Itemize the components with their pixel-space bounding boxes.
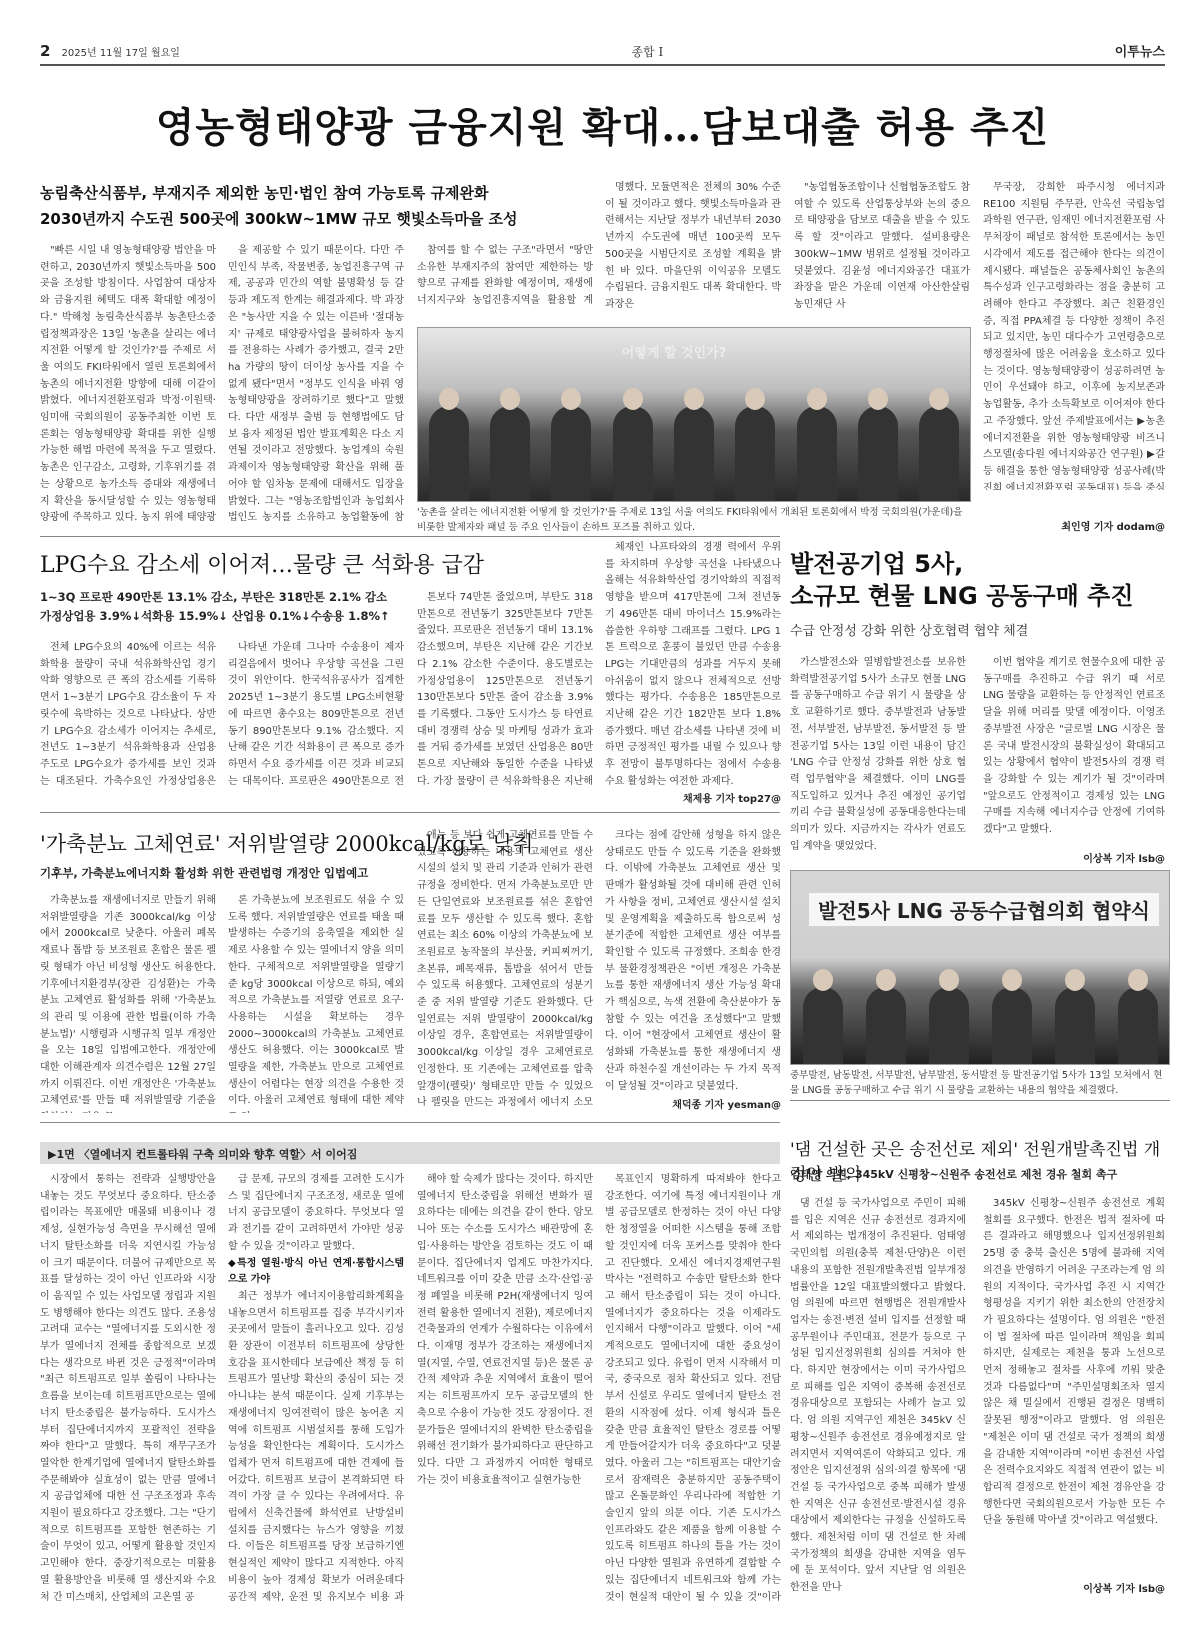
photo-backdrop-text: 어떻게 할 것인가? [578, 340, 770, 363]
article2-title: LPG수요 감소세 이어져…물량 큰 석화용 급감 [40, 548, 600, 579]
article5-column-3: 해야 할 숙제가 많다는 것이다. 하지만 열에너지 탄소중립을 위해선 변화가… [417, 1172, 593, 1602]
article1-column-3: 참여를 할 수 없는 구조"라면서 "땅만 소유한 부재지주의 참여만 제한하는… [417, 243, 593, 311]
article4-column-1: 가축분뇨를 재생에너지로 만들기 위해 저위발열량을 기존 3000kcal/k… [40, 893, 216, 1113]
section-name: 종합 I [631, 43, 663, 60]
article1-column-6: 무국장, 강희한 파주시청 에너지과 RE100 지원팀 주무관, 안옥선 국립… [983, 180, 1165, 490]
divider [40, 536, 780, 537]
article2-column-2: 나타낸 가운데 그나마 수송용이 제자리걸음에서 벗어나 우상향 곡선을 그린 … [228, 640, 404, 790]
divider [40, 812, 780, 813]
article1-column-2: 을 제공할 수 있기 때문이다. 다만 주민인식 부족, 작물변종, 농업진흥구… [228, 243, 404, 521]
page-header: 2 2025년 11월 17일 월요일 종합 I 이투뉴스 [40, 42, 1165, 66]
article6-byline: 이상복 기자 lsb@ [983, 1580, 1165, 1595]
divider [40, 1122, 780, 1123]
page-info: 2 2025년 11월 17일 월요일 [40, 41, 180, 60]
continued-from-front-banner: ▶1면 〈열에너지 컨트롤타워 구축 의미와 향후 역할〉서 이어짐 [40, 1142, 780, 1164]
article2-column-4: 체재인 나프타와의 경쟁 력에서 우위를 차지하며 우상향 곡선을 나타냈으나 … [605, 540, 781, 790]
article6-column-1: 댐 건설 등 국가사업으로 주민이 피해를 입은 지역은 신규 송전선로 경과지… [790, 1196, 966, 1596]
article1-column-4: 명했다. 모듈면적은 전체의 30% 수준이 될 것이라고 했다. 햇빛소득마을… [605, 180, 781, 310]
photo-people [791, 987, 1169, 1064]
article5-column-2: 급 문제, 규모의 경제를 고려한 도시가스 및 집단에너지 구조조정, 새로운… [228, 1172, 404, 1602]
issue-date: 2025년 11월 17일 월요일 [62, 48, 180, 59]
article3-title: 발전공기업 5사, 소규모 현물 LNG 공동구매 추진 [790, 548, 1170, 612]
article3-column-1: 가스발전소와 열병합발전소를 보유한 화력발전공기업 5사가 소규모 현물 LN… [790, 655, 966, 850]
article1-title: 영농형태양광 금융지원 확대…담보대출 허용 추진 [40, 96, 1165, 153]
article1-column-1: "빠른 시일 내 영농형태양광 법안을 마련하고, 2030년까지 햇빛소득마을… [40, 243, 216, 521]
article4-byline: 채덕종 기자 yesman@ [605, 1096, 781, 1111]
divider [790, 1100, 1170, 1101]
article5-column-4: 목표인지 명확하게 따져봐야 한다고 강조한다. 여기에 특정 에너지원이나 개… [605, 1172, 781, 1602]
article3-subtitle: 수급 안정성 강화 위한 상호협력 협약 체결 [790, 620, 1170, 639]
article2-column-3: 톤보다 74만톤 줄었으며, 부탄도 318만톤으로 전년동기 325만톤보다 … [417, 590, 593, 790]
article2-byline: 채제용 기자 top27@ [605, 790, 781, 805]
article5-column-1: 시장에서 통하는 전략과 실행방안을 내놓는 것도 무엇보다 중요하다. 탄소중… [40, 1172, 216, 1602]
article4-column-4: 크다는 점에 감안해 성형을 하지 않은 상태로도 만들 수 있도록 기준을 완… [605, 828, 781, 1093]
photo-people [418, 406, 970, 501]
article1-deck-line: 농림축산식품부, 부재지주 제외한 농민·법인 참여 가능토록 규제완화 [40, 180, 600, 206]
article4-column-2: 론 가축분뇨에 보조원료도 섞을 수 있도록 했다. 저위발열량은 연료를 태울… [228, 893, 404, 1113]
article3-photo: 발전5사 LNG 공동수급협의회 협약식 [790, 870, 1170, 1065]
article1-deck-line: 2030년까지 수도권 500곳에 300kW~1MW 규모 햇빛소득마을 조성 [40, 206, 600, 232]
article2-column-1: 전체 LPG수요의 40%에 이르는 석유화학용 물량이 국내 석유화학산업 경… [40, 640, 216, 790]
article2-deck: 1~3Q 프로판 490만톤 13.1% 감소, 부탄은 318만톤 2.1% … [40, 588, 420, 626]
brand-name: 이투뉴스 [1115, 41, 1165, 60]
article5-subhead: ◆특정 열원·방식 아닌 연계·통합시스템으로 가야 [228, 1256, 404, 1289]
article3-caption: 중부발전, 남동발전, 서부발전, 남부발전, 동서발전 등 발전공기업 5사가… [790, 1068, 1170, 1098]
article1-column-5: "농업협동조합이나 신협협동조합도 참여할 수 있도록 산업통상부와 논의 중으… [794, 180, 970, 310]
page-number: 2 [40, 42, 50, 60]
article3-column-2: 이번 협약을 계기로 현물수요에 대한 공동구매를 추진하고 수급 위기 때 서… [983, 655, 1165, 835]
article6-column-2: 345kV 신평창~신원주 송전선로 계획 철회를 요구했다. 한전은 법적 절… [983, 1196, 1165, 1576]
article1-caption: '농촌을 살리는 에너지전환 어떻게 할 것인가?'를 주제로 13일 서울 여… [417, 505, 971, 535]
article3-byline: 이상복 기자 lsb@ [983, 850, 1165, 865]
article6-subtitle: 엄태영 의원, 345kV 신평창~신원주 송전선로 제천 경유 철회 촉구 [790, 1165, 1170, 1184]
article1-byline: 최인영 기자 dodam@ [983, 518, 1165, 533]
article4-column-3: 애는 등 보다 쉽게 고체연료를 만들 수 있도록 허용하는 내용의 고체연료 … [417, 828, 593, 1113]
article1-photo: 어떻게 할 것인가? [417, 327, 971, 502]
article1-deck: 농림축산식품부, 부재지주 제외한 농민·법인 참여 가능토록 규제완화 203… [40, 180, 600, 232]
photo-banner-text: 발전5사 LNG 공동수급협의회 협약식 [809, 893, 1159, 926]
